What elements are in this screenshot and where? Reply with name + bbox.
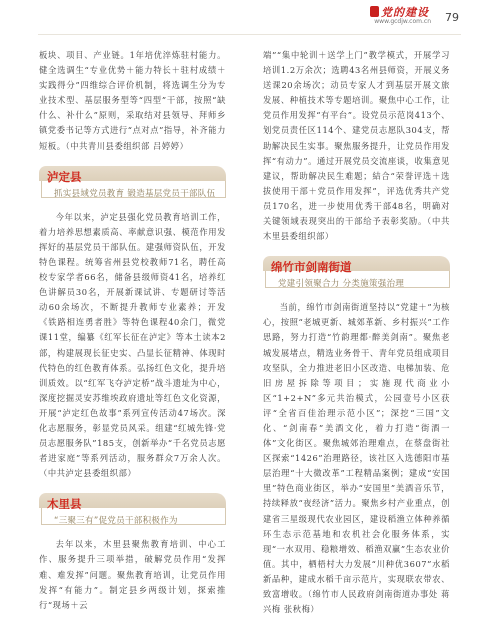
section-subtitle: 党建引领聚合力 分类施策强治理 (278, 279, 404, 289)
section-subtitle: 抓实县域党员教育 锻造基层党员干部队伍 (54, 189, 215, 199)
section-subtitle-box: 抓实县域党员教育 锻造基层党员干部队伍 (41, 181, 226, 198)
section-subtitle-box: 党建引领聚合力 分类施策强治理 (265, 271, 450, 288)
header-divider (38, 34, 461, 35)
site-url: www.gcdjw.com.cn (374, 18, 431, 25)
section-title-band: 木里县 (39, 493, 226, 508)
section-header-luding: 泸定县 抓实县域党员教育 锻造基层党员干部队伍 (39, 166, 226, 198)
section-body-jiannan: 当前，绵竹市剑南街道坚持以“党建＋”为核心，按照“老城更新、城郊革新、乡村振兴”… (263, 300, 450, 617)
section-header-jiannan: 绵竹市剑南街道 党建引领聚合力 分类施策强治理 (263, 256, 450, 288)
section-title-band: 泸定县 (39, 166, 226, 181)
section-subtitle-box: “三聚三有”促党员干部积极作为 (41, 508, 226, 525)
section-body-muli: 去年以来，木里县聚焦教育培训、中心工作、服务提升三项举措，破解党员作用“发挥难、… (39, 537, 226, 612)
right-column: 端”“集中轮训＋送学上门”教学模式，开展学习培训1.2万余次；选聘43名州县师资… (263, 48, 450, 617)
section-header-muli: 木里县 “三聚三有”促党员干部积极作为 (39, 493, 226, 525)
section-title-band: 绵竹市剑南街道 (263, 256, 450, 271)
page-number: 79 (445, 11, 459, 24)
intro-paragraph: 板块、项目、产业链。1年培优淬炼驻村能力。健全选调生“专业优势＋能力特长＋驻村成… (39, 48, 226, 154)
continued-paragraph: 端”“集中轮训＋送学上门”教学模式，开展学习培训1.2万余次；选聘43名州县师资… (263, 48, 450, 244)
page-header: 党的建设 www.gcdjw.com.cn 79 (0, 0, 485, 36)
section-body-luding: 今年以来，泸定县强化党员教育培训工作，着力培养思想素质高、率献意识强、模范作用发… (39, 210, 226, 482)
logo-icon (370, 6, 379, 17)
left-column: 板块、项目、产业链。1年培优淬炼驻村能力。健全选调生“专业优势＋能力特长＋驻村成… (39, 48, 226, 613)
section-subtitle: “三聚三有”促党员干部积极作为 (54, 516, 178, 526)
